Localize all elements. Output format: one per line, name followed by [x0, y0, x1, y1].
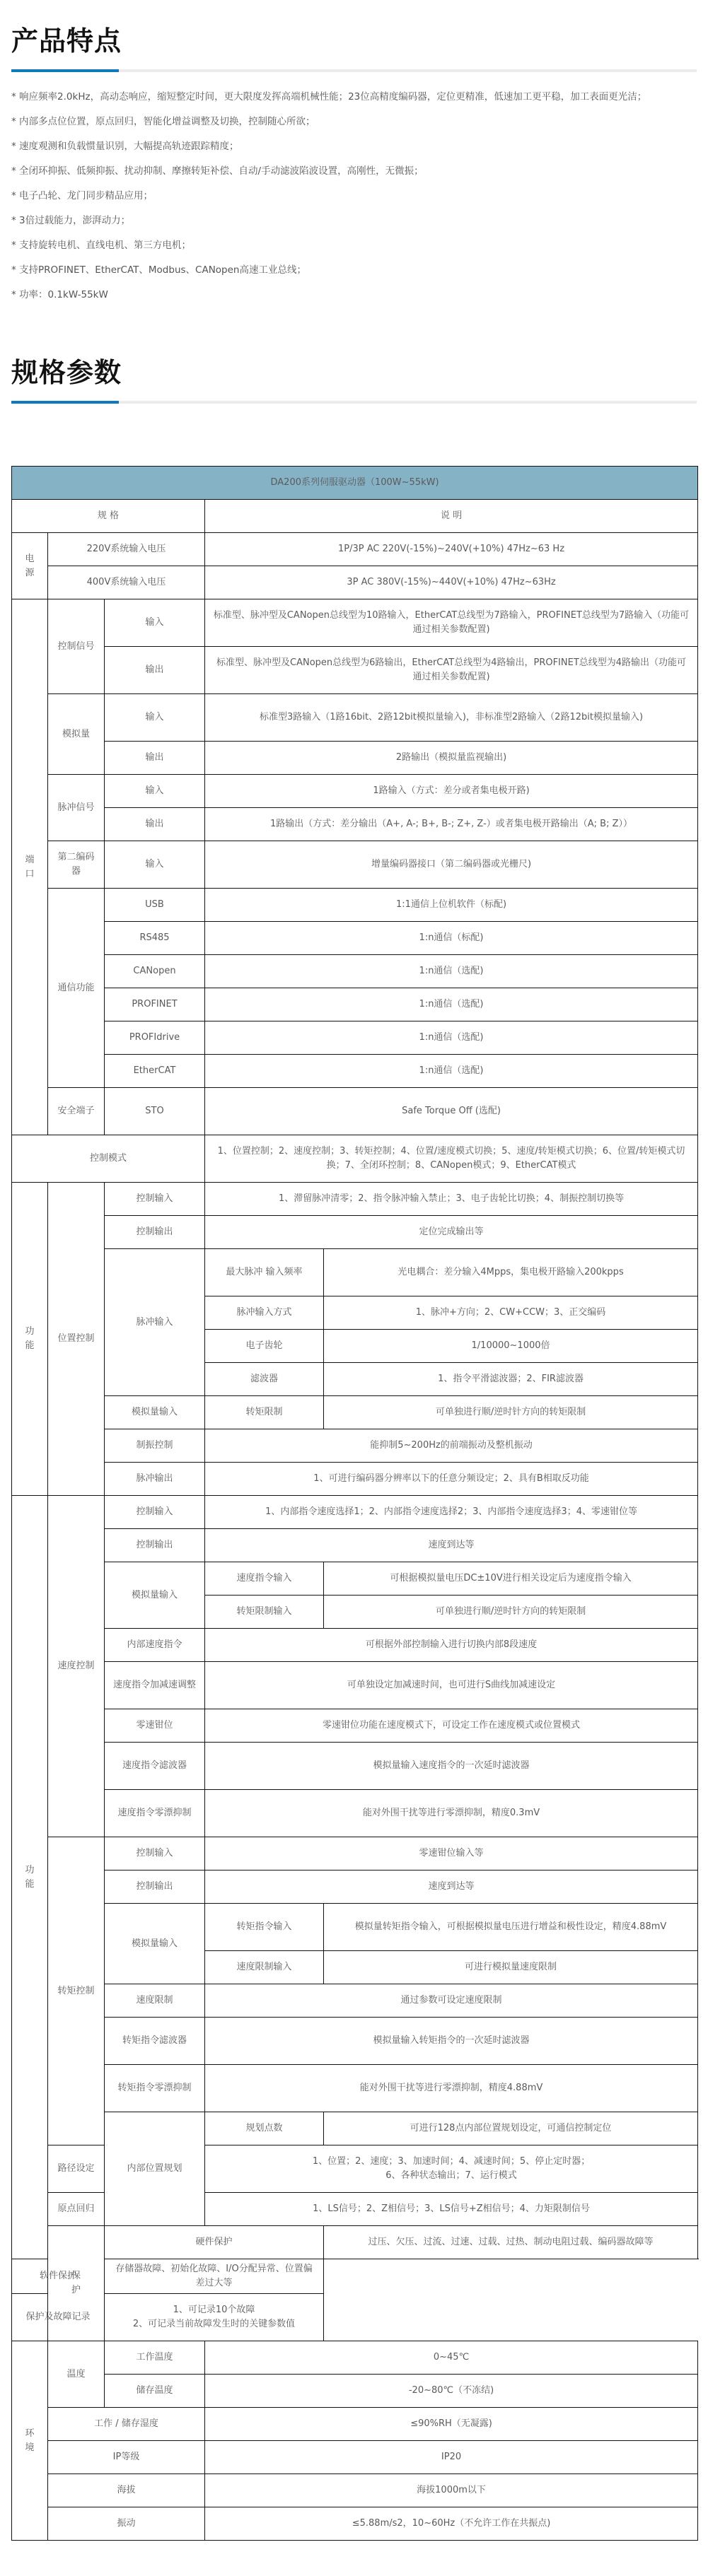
sub-row-label: 最大脉冲 输入频率: [205, 1249, 324, 1296]
row-label: 软件保护: [12, 2259, 105, 2294]
table-row: 保护 硬件保护 过压、欠压、过流、过速、过载、过热、制动电阻过载、编码器故障等: [12, 2226, 698, 2259]
feature-item: * 电子凸轮、龙门同步精品应用；: [11, 184, 697, 209]
row-value: 1、内部指令速度选择1；2、内部指令速度选择2；3、内部指令速度选择3；4、零速…: [205, 1496, 698, 1529]
table-row: 模拟量 输入 标准型3路输入（1路16bit、2路12bit模拟量输入)，非标准…: [12, 694, 698, 742]
row-value: 可单独进行顺/逆时针方向的转矩限制: [324, 1396, 698, 1429]
table-row: 制振控制 能抑制5~200Hz的前端振动及整机振动: [12, 1429, 698, 1463]
row-value: 可单独设定加减速时间，也可进行S曲线加减速设定: [205, 1662, 698, 1709]
table-row: 保护及故障记录 1、可记录10个故障 2、可记录当前故障发生时的关键参数值: [12, 2294, 698, 2341]
table-row: RS485 1:n通信（标配): [12, 922, 698, 955]
row-label: 速度指令加减速调整: [105, 1662, 205, 1709]
table-row: 端口 控制信号 输入 标准型、脉冲型及CANopen总线型为10路输入，Ethe…: [12, 599, 698, 647]
heading-accent-bar: [11, 401, 119, 404]
subgroup-label: 脉冲信号: [48, 775, 105, 841]
table-row: 输出 2路输出（模拟量监视输出): [12, 742, 698, 775]
row-value: 3P AC 380V(-15%)~440V(+10%) 47Hz~63Hz: [205, 566, 698, 599]
table-row: 400V系统输入电压 3P AC 380V(-15%)~440V(+10%) 4…: [12, 566, 698, 599]
row-label: 控制输出: [105, 1870, 205, 1904]
row-value: 模拟量转矩指令输入，可根据模拟量电压进行增益和极性设定，精度4.88mV: [324, 1904, 698, 1951]
subgroup-label: 通信功能: [48, 889, 105, 1088]
row-value: 1:n通信（选配): [205, 955, 698, 988]
sub-row-label: 转矩限制输入: [205, 1596, 324, 1629]
table-row: 速度指令零漂抑制 能对外围干扰等进行零漂抑制，精度0.3mV: [12, 1790, 698, 1837]
row-label: 转矩指令滤波器: [105, 2018, 205, 2065]
row-label: 硬件保护: [105, 2226, 324, 2259]
subgroup-label: 模拟量: [48, 694, 105, 775]
row-label: 振动: [48, 2507, 205, 2541]
row-value: 0~45℃: [205, 2341, 698, 2375]
table-row: 脉冲输出 1、可进行编码器分辨率以下的任意分频设定；2、具有B相取反功能: [12, 1463, 698, 1496]
row-value: 可进行128点内部位置规划设定，可通信控制定位: [324, 2112, 698, 2145]
row-label: 控制输出: [105, 1216, 205, 1249]
table-row: EtherCAT 1:n通信（选配): [12, 1055, 698, 1088]
table-row: 输出 1路输出（方式：差分输出（A+, A-; B+, B-; Z+, Z-）或…: [12, 808, 698, 841]
row-label: 工作温度: [105, 2341, 205, 2375]
row-label: 速度限制: [105, 1984, 205, 2018]
table-row: 海拔 海拔1000m以下: [12, 2474, 698, 2507]
row-value: 1:n通信（选配): [205, 988, 698, 1021]
table-row: 脉冲信号 输入 1路输入（方式：差分或者集电极开路): [12, 775, 698, 808]
row-label: 工作 / 储存湿度: [48, 2408, 205, 2441]
row-value: 能抑制5~200Hz的前端振动及整机振动: [205, 1429, 698, 1463]
table-title: DA200系列伺服驱动器（100W~55kW): [12, 467, 698, 500]
row-label: 输入: [105, 599, 205, 647]
row-value: 通过参数可设定速度限制: [205, 1984, 698, 2018]
row-label: 输出: [105, 808, 205, 841]
table-row: 速度限制 通过参数可设定速度限制: [12, 1984, 698, 2018]
sub-row-label: 转矩限制: [205, 1396, 324, 1429]
table-row: 功能 位置控制 控制输入 1、滞留脉冲清零；2、指令脉冲输入禁止；3、电子齿轮比…: [12, 1183, 698, 1216]
row-label: 转矩指令零漂抑制: [105, 2065, 205, 2112]
feature-item: * 内部多点位位置，原点回归，智能化增益调整及切换，控制随心所欲；: [11, 110, 697, 134]
feature-item: * 全闭环抑振、低频抑振、扰动抑制、摩擦转矩补偿、自动/手动滤波陷波设置，高刚性…: [11, 159, 697, 184]
feature-item: * 响应频率2.0kHz，高动态响应，缩短整定时间，更大限度发挥高端机械性能；2…: [11, 85, 697, 110]
table-row: 储存温度 -20~80℃（不冻结): [12, 2375, 698, 2408]
column-header-description: 说 明: [205, 500, 698, 533]
table-row: 速度指令加减速调整 可单独设定加减速时间，也可进行S曲线加减速设定: [12, 1662, 698, 1709]
row-label: 脉冲输入: [105, 1249, 205, 1396]
column-header-row: 规 格 说 明: [12, 500, 698, 533]
row-label: 220V系统输入电压: [48, 533, 205, 566]
row-value: 1、指令平滑滤波器；2、FIR滤波器: [324, 1363, 698, 1396]
row-value: 1:1通信上位机软件（标配): [205, 889, 698, 922]
subgroup-label: 安全端子: [48, 1088, 105, 1135]
row-value: 1路输入（方式：差分或者集电极开路): [205, 775, 698, 808]
group-label-power: 电源: [12, 533, 48, 599]
feature-item: * 速度观测和负载惯量识别，大幅提高轨迹跟踪精度；: [11, 134, 697, 159]
features-heading-divider: [11, 69, 697, 72]
spec-heading-divider: [11, 401, 697, 404]
row-label: 输出: [105, 742, 205, 775]
table-row: 控制输出 定位完成输出等: [12, 1216, 698, 1249]
heading-accent-bar: [11, 69, 119, 72]
row-value: 2路输出（模拟量监视输出): [205, 742, 698, 775]
row-label: 控制输入: [105, 1837, 205, 1870]
sub-row-label: 脉冲输入方式: [205, 1296, 324, 1330]
sub-row-label: 转矩指令输入: [205, 1904, 324, 1951]
row-value: 过压、欠压、过流、过速、过载、过热、制动电阻过载、编码器故障等: [324, 2226, 698, 2259]
row-label: 模拟量输入: [105, 1904, 205, 1984]
spec-table: DA200系列伺服驱动器（100W~55kW) 规 格 说 明 电源 220V系…: [11, 466, 698, 2541]
row-value: 可根据模拟量电压DC±10V进行相关设定后为速度指令输入: [324, 1562, 698, 1596]
feature-item: * 支持旋转电机、直线电机、第三方电机；: [11, 233, 697, 258]
features-list: * 响应频率2.0kHz，高动态响应，缩短整定时间，更大限度发挥高端机械性能；2…: [11, 85, 697, 308]
feature-item: * 3倍过载能力，澎湃动力；: [11, 209, 697, 233]
row-label: EtherCAT: [105, 1055, 205, 1088]
row-label: 控制输入: [105, 1183, 205, 1216]
group-label-function: 功能: [12, 1183, 48, 1496]
table-row: PROFIdrive 1:n通信（选配): [12, 1021, 698, 1055]
row-value: ≤5.88m/s2，10~60Hz（不允许工作在共振点): [205, 2507, 698, 2541]
row-value: 存储器故障、初始化故障、I/O分配异常、位置偏差过大等: [105, 2259, 324, 2294]
sub-row-label: 电子齿轮: [205, 1330, 324, 1363]
row-value: 定位完成输出等: [205, 1216, 698, 1249]
row-value: Safe Torque Off (选配): [205, 1088, 698, 1135]
table-row: IP等级 IP20: [12, 2441, 698, 2474]
row-label: 海拔: [48, 2474, 205, 2507]
table-row: 安全端子 STO Safe Torque Off (选配): [12, 1088, 698, 1135]
row-label: 速度指令零漂抑制: [105, 1790, 205, 1837]
row-label: 速度指令滤波器: [105, 1743, 205, 1790]
table-row: 速度指令滤波器 模拟量输入速度指令的一次延时滤波器: [12, 1743, 698, 1790]
row-value: 零速钳位功能在速度模式下，可设定工作在速度模式或位置模式: [205, 1709, 698, 1743]
subgroup-label: 控制信号: [48, 599, 105, 694]
group-label-environment: 环境: [12, 2341, 48, 2541]
row-label: 脉冲输出: [105, 1463, 205, 1496]
row-value: 模拟量输入转矩指令的一次延时滤波器: [205, 2018, 698, 2065]
row-value: 1、滞留脉冲清零；2、指令脉冲输入禁止；3、电子齿轮比切换；4、制振控制切换等: [205, 1183, 698, 1216]
row-label: 输入: [105, 841, 205, 889]
spec-heading: 规格参数: [11, 308, 697, 388]
row-label: 控制输出: [105, 1529, 205, 1562]
row-label: 储存温度: [105, 2375, 205, 2408]
row-value: 1/10000~1000倍: [324, 1330, 698, 1363]
row-value: 1、LS信号；2、Z相信号；3、LS信号+Z相信号；4、力矩限制信号: [205, 2193, 698, 2226]
row-label: 模拟量输入: [105, 1562, 205, 1629]
row-value: 1路输出（方式：差分输出（A+, A-; B+, B-; Z+, Z-）或者集电…: [205, 808, 698, 841]
row-value: 1、可进行编码器分辨率以下的任意分频设定；2、具有B相取反功能: [205, 1463, 698, 1496]
row-value: 可根据外部控制输入进行切换内部8段速度: [205, 1629, 698, 1662]
row-label: IP等级: [48, 2441, 205, 2474]
row-value: 零速钳位输入等: [205, 1837, 698, 1870]
table-row: 环境 温度 工作温度 0~45℃: [12, 2341, 698, 2375]
group-label-function: 功能: [12, 1496, 48, 2259]
table-row: CANopen 1:n通信（选配): [12, 955, 698, 988]
table-row: 内部速度指令 可根据外部控制输入进行切换内部8段速度: [12, 1629, 698, 1662]
table-row: 脉冲输入 最大脉冲 输入频率 光电耦合：差分输入4Mpps，集电极开路输入200…: [12, 1249, 698, 1296]
table-row: 控制输出 速度到达等: [12, 1870, 698, 1904]
row-value: 海拔1000m以下: [205, 2474, 698, 2507]
table-row: 零速钳位 零速钳位功能在速度模式下，可设定工作在速度模式或位置模式: [12, 1709, 698, 1743]
row-value: 能对外围干扰等进行零漂抑制，精度0.3mV: [205, 1790, 698, 1837]
row-value: 1:n通信（选配): [205, 1055, 698, 1088]
table-title-row: DA200系列伺服驱动器（100W~55kW): [12, 467, 698, 500]
table-row: 模拟量输入 转矩指令输入 模拟量转矩指令输入，可根据模拟量电压进行增益和极性设定…: [12, 1904, 698, 1951]
row-label: 路径设定: [48, 2145, 105, 2193]
group-label-ports: 端口: [12, 599, 48, 1135]
table-row: 模拟量输入 速度指令输入 可根据模拟量电压DC±10V进行相关设定后为速度指令输…: [12, 1562, 698, 1596]
row-value: 1、位置控制；2、速度控制；3、转矩控制；4、位置/速度模式切换；5、速度/转矩…: [205, 1135, 698, 1183]
row-value: 1、脉冲+方向；2、CW+CCW；3、正交编码: [324, 1296, 698, 1330]
row-label: 内部速度指令: [105, 1629, 205, 1662]
feature-item: * 支持PROFINET、EtherCAT、Modbus、CANopen高速工业…: [11, 258, 697, 283]
row-value: 标准型、脉冲型及CANopen总线型为6路输出，EtherCAT总线型为4路输出…: [205, 647, 698, 694]
row-label: 原点回归: [48, 2193, 105, 2226]
row-value: 标准型3路输入（1路16bit、2路12bit模拟量输入)，非标准型2路输入（2…: [205, 694, 698, 742]
table-row: 模拟量输入 转矩限制 可单独进行顺/逆时针方向的转矩限制: [12, 1396, 698, 1429]
table-row: 控制模式 1、位置控制；2、速度控制；3、转矩控制；4、位置/速度模式切换；5、…: [12, 1135, 698, 1183]
table-row: 转矩控制 控制输入 零速钳位输入等: [12, 1837, 698, 1870]
row-label: 模拟量输入: [105, 1396, 205, 1429]
table-row: 工作 / 储存湿度 ≤90%RH（无凝露): [12, 2408, 698, 2441]
row-label: 控制输入: [105, 1496, 205, 1529]
subgroup-label: 转矩控制: [48, 1837, 105, 2145]
row-label: 400V系统输入电压: [48, 566, 205, 599]
row-value: 标准型、脉冲型及CANopen总线型为10路输入，EtherCAT总线型为7路输…: [205, 599, 698, 647]
row-value: 模拟量输入速度指令的一次延时滤波器: [205, 1743, 698, 1790]
subgroup-label: 位置控制: [48, 1183, 105, 1496]
row-value: 1、可记录10个故障 2、可记录当前故障发生时的关键参数值: [105, 2294, 324, 2341]
row-label: 输入: [105, 775, 205, 808]
subgroup-label: 温度: [48, 2341, 105, 2408]
row-value: 光电耦合：差分输入4Mpps，集电极开路输入200kpps: [324, 1249, 698, 1296]
row-label: CANopen: [105, 955, 205, 988]
row-value: 可单独进行顺/逆时针方向的转矩限制: [324, 1596, 698, 1629]
row-label: PROFINET: [105, 988, 205, 1021]
table-row: 第二编码器 输入 增量编码器接口（第二编码器或光栅尺): [12, 841, 698, 889]
table-row: 转矩指令零漂抑制 能对外围干扰等进行零漂抑制，精度4.88mV: [12, 2065, 698, 2112]
subgroup-label: 第二编码器: [48, 841, 105, 889]
table-row: 电源 220V系统输入电压 1P/3P AC 220V(-15%)~240V(+…: [12, 533, 698, 566]
row-label: 规划点数: [205, 2112, 324, 2145]
table-row: 通信功能 USB 1:1通信上位机软件（标配): [12, 889, 698, 922]
row-value: 速度到达等: [205, 1870, 698, 1904]
row-value: 速度到达等: [205, 1529, 698, 1562]
sub-row-label: 滤波器: [205, 1363, 324, 1396]
table-row: 内部位置规划 规划点数 可进行128点内部位置规划设定，可通信控制定位: [12, 2112, 698, 2145]
features-heading: 产品特点: [11, 0, 697, 57]
table-row: 软件保护 存储器故障、初始化故障、I/O分配异常、位置偏差过大等: [12, 2259, 698, 2294]
row-value: -20~80℃（不冻结): [205, 2375, 698, 2408]
table-row: 转矩指令滤波器 模拟量输入转矩指令的一次延时滤波器: [12, 2018, 698, 2065]
row-value: 1P/3P AC 220V(-15%)~240V(+10%) 47Hz~63 H…: [205, 533, 698, 566]
row-label: 制振控制: [105, 1429, 205, 1463]
row-label: RS485: [105, 922, 205, 955]
page-content: 产品特点 * 响应频率2.0kHz，高动态响应，缩短整定时间，更大限度发挥高端机…: [0, 0, 708, 2546]
feature-item: * 功率：0.1kW-55kW: [11, 283, 697, 308]
table-row: 输出 标准型、脉冲型及CANopen总线型为6路输出，EtherCAT总线型为4…: [12, 647, 698, 694]
row-label: 输出: [105, 647, 205, 694]
row-value: 可进行模拟量速度限制: [324, 1951, 698, 1984]
table-row: PROFINET 1:n通信（选配): [12, 988, 698, 1021]
table-row: 振动 ≤5.88m/s2，10~60Hz（不允许工作在共振点): [12, 2507, 698, 2541]
row-label: 控制模式: [12, 1135, 205, 1183]
row-label: 输入: [105, 694, 205, 742]
table-row: 功能 速度控制 控制输入 1、内部指令速度选择1；2、内部指令速度选择2；3、内…: [12, 1496, 698, 1529]
row-label: 零速钳位: [105, 1709, 205, 1743]
subgroup-label: 速度控制: [48, 1496, 105, 1837]
row-value: 1:n通信（选配): [205, 1021, 698, 1055]
row-label: STO: [105, 1088, 205, 1135]
row-value: IP20: [205, 2441, 698, 2474]
row-label: USB: [105, 889, 205, 922]
row-value: 能对外围干扰等进行零漂抑制，精度4.88mV: [205, 2065, 698, 2112]
column-header-spec: 规 格: [12, 500, 205, 533]
row-label: 保护及故障记录: [12, 2294, 105, 2341]
table-row: 控制输出 速度到达等: [12, 1529, 698, 1562]
row-value: 1、位置；2、速度；3、加速时间；4、减速时间；5、停止定时器； 6、各种状态输…: [205, 2145, 698, 2193]
subgroup-label: 内部位置规划: [105, 2112, 205, 2226]
row-value: 增量编码器接口（第二编码器或光栅尺): [205, 841, 698, 889]
row-label: PROFIdrive: [105, 1021, 205, 1055]
row-value: 1:n通信（标配): [205, 922, 698, 955]
sub-row-label: 速度限制输入: [205, 1951, 324, 1984]
row-value: ≤90%RH（无凝露): [205, 2408, 698, 2441]
sub-row-label: 速度指令输入: [205, 1562, 324, 1596]
